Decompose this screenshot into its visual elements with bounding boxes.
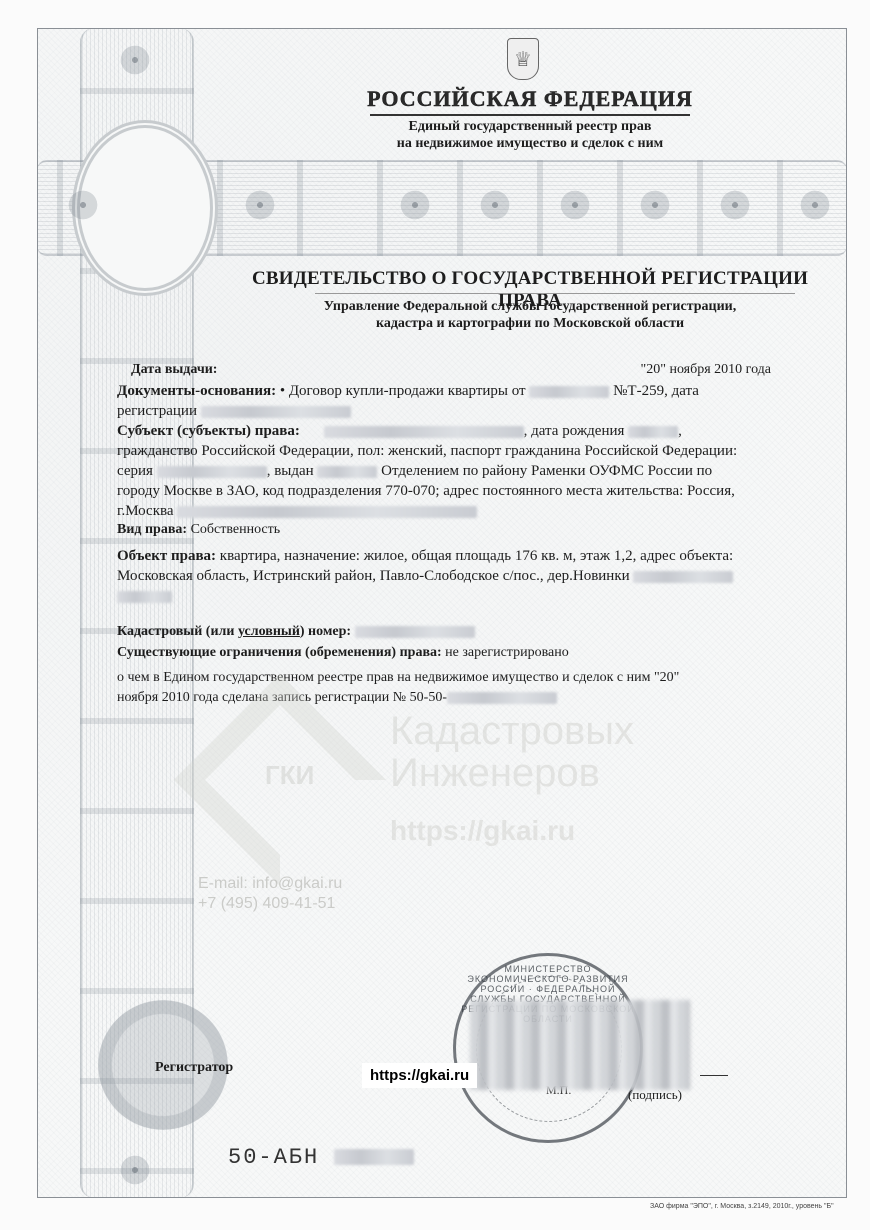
- rosette-ornament-icon: [240, 185, 280, 225]
- rosette-ornament-icon: [715, 185, 755, 225]
- signature-caption: (подпись): [628, 1087, 682, 1103]
- basis-documents: Документы-основания: • Договор купли-про…: [117, 381, 789, 421]
- cadastral-number: Кадастровый (или условный) номер:: [117, 622, 789, 642]
- registration-record: о чем в Едином государственном реестре п…: [117, 668, 789, 708]
- redacted-address: [177, 506, 477, 518]
- issue-date-row: Дата выдачи: "20" ноября 2010 года: [117, 360, 789, 380]
- redacted-record-number: [447, 692, 557, 704]
- redacted-issue-date: [317, 466, 377, 478]
- registrar-label: Регистратор: [155, 1060, 233, 1076]
- watermark-url: https://gkai.ru: [390, 815, 575, 847]
- signature-line: [700, 1075, 728, 1076]
- encumbrances: Существующие ограничения (обременения) п…: [117, 643, 789, 663]
- rosette-ornament-icon: [475, 185, 515, 225]
- title-divider: [315, 293, 795, 294]
- watermark-line1: Кадастровых: [390, 710, 634, 752]
- coat-of-arms-icon: ♕: [507, 38, 539, 80]
- country-title: РОССИЙСКАЯ ФЕДЕРАЦИЯ: [350, 86, 710, 112]
- rosette-ornament-icon: [63, 185, 103, 225]
- header-divider: [370, 114, 690, 116]
- issuer-name: Управление Федеральной службы государств…: [230, 298, 830, 332]
- watermark-logo-text: ГКИ: [265, 760, 314, 791]
- printer-imprint: ЗАО фирма "ЭПО", г. Москва, з.2149, 2010…: [650, 1203, 834, 1210]
- redacted-serial: [334, 1149, 414, 1165]
- rights-object: Объект права: квартира, назначение: жило…: [117, 546, 789, 606]
- redacted-cadastral: [355, 626, 475, 638]
- rosette-ornament-icon: [115, 1150, 155, 1190]
- watermark-email: E-mail: info@gkai.ru: [198, 875, 342, 893]
- rosette-ornament-icon: [115, 40, 155, 80]
- rosette-ornament-icon: [395, 185, 435, 225]
- form-serial-number: 50-АБН: [228, 1145, 414, 1170]
- redacted-signature: [470, 1000, 690, 1090]
- redacted-registration: [201, 406, 351, 418]
- redacted-birthdate: [628, 426, 678, 438]
- rights-subject: Субъект (субъекты) права: , дата рождени…: [117, 421, 789, 521]
- rosette-ornament-icon: [555, 185, 595, 225]
- redacted-street: [633, 571, 733, 583]
- rosette-ornament-icon: [635, 185, 675, 225]
- redacted-name: [324, 426, 524, 438]
- issue-date-label: Дата выдачи:: [117, 360, 217, 380]
- registry-name: Единый государственный реестр прав на не…: [350, 118, 710, 152]
- redacted-passport: [157, 466, 267, 478]
- issue-date-value: "20" ноября 2010 года: [641, 360, 789, 380]
- watermark-phone: +7 (495) 409-41-51: [198, 895, 335, 913]
- redacted-date: [529, 386, 609, 398]
- gkai-link[interactable]: https://gkai.ru: [362, 1063, 477, 1088]
- rosette-ornament-icon: [795, 185, 835, 225]
- right-type: Вид права: Собственность: [117, 520, 789, 540]
- watermark-line2: Инженеров: [390, 752, 600, 794]
- redacted-house: [117, 591, 172, 603]
